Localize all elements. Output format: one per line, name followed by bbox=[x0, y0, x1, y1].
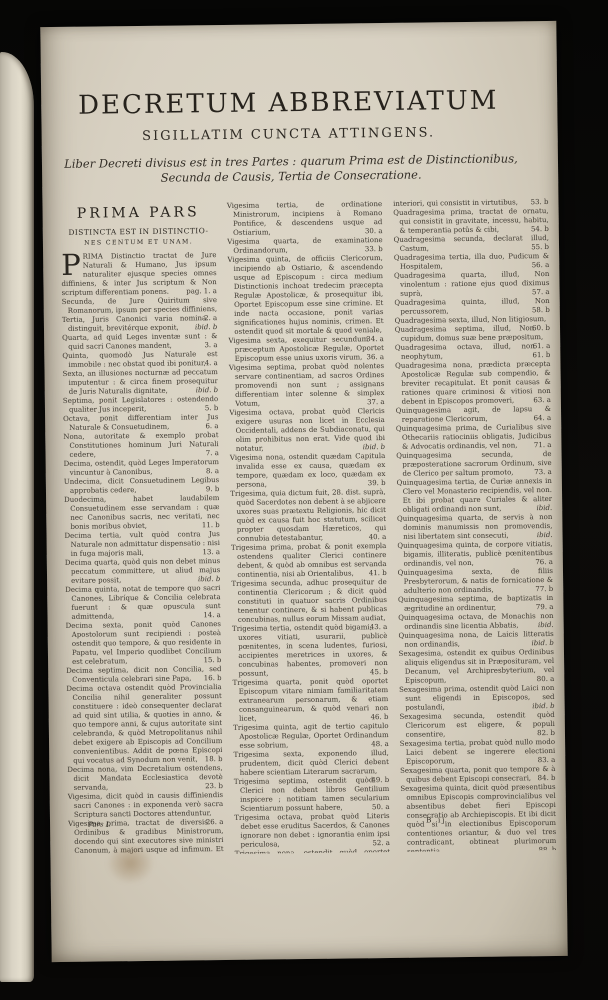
entry-page-ref: 4. a bbox=[207, 359, 218, 368]
entry-text: Vigesima quarta, de examinatione Ordinan… bbox=[227, 236, 382, 255]
entry-page-ref: 56. a bbox=[534, 261, 550, 270]
entry-text: Quadragesima secunda, declarat illud, Ca… bbox=[394, 234, 549, 253]
entry-page-ref: ibid. b bbox=[365, 443, 385, 452]
entry-page-ref: 88. b bbox=[540, 846, 556, 852]
entry-page-ref: 61. a bbox=[535, 342, 551, 351]
entry-page-ref: 71. a bbox=[536, 441, 552, 450]
entry-page-ref: 9. b bbox=[208, 485, 219, 494]
entry-page-ref: 8. a bbox=[208, 467, 219, 476]
entry-page-ref: 11. b bbox=[204, 521, 220, 530]
entry-text: Trigesima prima, probat & ponit exempla … bbox=[231, 542, 387, 579]
index-entry: Decima quarta, quòd quis non debet minus… bbox=[65, 557, 221, 586]
entry-text: Decima sexta, ponit quòd Canones Apostol… bbox=[66, 620, 222, 666]
page-stack-edge bbox=[0, 52, 34, 982]
index-entry: Quinquagesima sexta, de filiis Presbyter… bbox=[398, 567, 554, 596]
index-columns: PRIMA PARS DISTINCTA EST IN DISTINCTIO- … bbox=[60, 198, 556, 856]
entry-page-ref: 34. a bbox=[368, 335, 384, 344]
entry-page-ref: 14. a bbox=[205, 611, 221, 620]
entry-text: Quinquagesima quinta, de corpore vitiati… bbox=[397, 540, 553, 568]
entry-page-ref: 30. a bbox=[367, 227, 383, 236]
entry-text: Nona, autoritate & exemplo probat Consti… bbox=[63, 431, 219, 459]
index-entry: Trigesima, quia dictum fuit, 28. dist. s… bbox=[230, 488, 386, 544]
index-entry: Quarta, ad quid Leges inventæ sunt : & q… bbox=[62, 332, 218, 352]
entry-page-ref: 57. a bbox=[534, 288, 550, 297]
section-subheading-line1: DISTINCTA EST IN DISTINCTIO- bbox=[61, 226, 216, 237]
entry-text: Quinta, quomodò Jus Naturale est immobil… bbox=[62, 350, 217, 369]
entry-text: Vigesima tertia, de ordinatione Ministro… bbox=[227, 200, 383, 237]
entry-text: Quadragesima octava, illud, non neophytu… bbox=[395, 342, 535, 361]
index-entries-right: interiori, qui consistit in virtutibus, … bbox=[393, 198, 556, 852]
index-entry: Quadragesima octava, illud, non neophytu… bbox=[395, 342, 551, 362]
entry-text: Vigesima septima, probat quòd nolentes s… bbox=[229, 362, 385, 408]
index-entry: Octava, ponit differentiam inter Jus Nat… bbox=[63, 413, 219, 433]
entry-page-ref: ibid. b bbox=[198, 386, 218, 395]
entry-text: Sexagesima, ostendit ex quibus Ordinibus… bbox=[399, 648, 555, 685]
entry-text: Quinquagesima quarta, de servis à non do… bbox=[397, 513, 553, 541]
index-entry: Sexagesima, ostendit ex quibus Ordinibus… bbox=[399, 648, 555, 686]
index-column-left: PRIMA PARS DISTINCTA EST IN DISTINCTIO- … bbox=[60, 202, 223, 856]
entry-text: Quadragesima prima, tractat de ornatu, q… bbox=[393, 207, 549, 235]
index-entry: Quadragesima septima, illud, Non cupidum… bbox=[395, 324, 551, 344]
index-entry: Quinquagesima tertia, de Curiæ annexis i… bbox=[397, 477, 553, 515]
index-entry: Decima tertia, vult quòd contra Jus Natu… bbox=[64, 530, 220, 559]
index-entry: Quinquagesima quinta, de corpore vitiati… bbox=[397, 540, 553, 569]
entry-page-ref: 18. b bbox=[207, 755, 223, 764]
index-entry: Vigesima sexta, exequitur secundum præce… bbox=[228, 335, 384, 364]
entry-page-ref: ibid. bbox=[539, 531, 553, 540]
entry-text: Sexagesima quarta, ponit quo tempore & à… bbox=[400, 765, 555, 784]
entry-text: Trigesima tertia, ostendit quòd bigami, … bbox=[232, 623, 388, 678]
entry-page-ref: 16. b bbox=[206, 674, 222, 683]
index-entry: Quinquagesima agit, de lapsu & reparatio… bbox=[396, 405, 552, 425]
index-entry: Quinquagesima prima, de Curialibus sive … bbox=[396, 423, 552, 452]
index-entry: Quadragesima quarta, illud, Non vinolent… bbox=[394, 270, 550, 299]
index-entry: Duodecima, habet laudabilem Consuetudine… bbox=[64, 494, 220, 532]
entry-page-ref: 83. a bbox=[540, 756, 556, 765]
entry-page-ref: 79. a bbox=[538, 603, 554, 612]
entry-page-ref: ibid. b bbox=[533, 639, 553, 648]
index-entry: Trigesima secunda, adhuc prosequitur de … bbox=[231, 578, 387, 625]
entry-page-ref: ibid. b bbox=[200, 575, 220, 584]
index-entry: Sexagesima quinta, dicit quòd præsentibu… bbox=[400, 783, 556, 852]
entry-page-ref: 53. b bbox=[533, 198, 549, 207]
entry-text: Quinquagesima secunda, de præposteration… bbox=[396, 450, 552, 478]
entry-page-ref: 46. b bbox=[373, 713, 389, 722]
entry-page-ref: 3. a bbox=[206, 341, 217, 350]
entry-page-ref: ibid. bbox=[540, 621, 554, 630]
index-entry: Nona, autoritate & exemplo probat Consti… bbox=[63, 431, 219, 460]
index-entry: Septima, ponit Legislatores : ostendendo… bbox=[63, 395, 219, 415]
entry-text: Sexagesima tertia, probat quòd nullo mod… bbox=[400, 738, 556, 766]
entry-text: Quinquagesima prima, de Curialibus sive … bbox=[396, 423, 552, 451]
page-text-area: DECRETUM ABBREVIATUM SIGILLATIM CUNCTA A… bbox=[58, 21, 556, 856]
entry-text: Trigesima octava, probat quòd Literis de… bbox=[234, 812, 390, 849]
entry-text: Sexagesima quinta, dicit quòd præsentibu… bbox=[400, 783, 556, 852]
entry-page-ref: 36. a bbox=[368, 353, 384, 362]
entry-text: Quarta, ad quid Leges inventæ sunt : & q… bbox=[62, 332, 217, 351]
index-entry: Quinquagesima nona, de Laicis litteratis… bbox=[398, 630, 554, 650]
index-entry: Secunda, de Jure Quiritum sive Romanorum… bbox=[62, 296, 218, 316]
index-entry: Vigesima octava, probat quòd Clericis ex… bbox=[229, 407, 385, 454]
entry-text: Octava, ponit differentiam inter Jus Nat… bbox=[63, 413, 218, 432]
entry-page-ref: pag. 1. a bbox=[182, 287, 217, 296]
entry-text: Quinquagesima octava, de Monachis non or… bbox=[398, 612, 553, 631]
index-entry: Quinquagesima secunda, de præposteration… bbox=[396, 450, 552, 479]
entry-page-ref: 61. b bbox=[534, 351, 550, 360]
entry-page-ref: 63. a bbox=[535, 396, 551, 405]
index-entries-left: PRIMA Distinctio tractat de Jure Natural… bbox=[61, 251, 224, 856]
entry-text: Undecima, dicit Consuetudinem Legibus ap… bbox=[64, 476, 219, 495]
entry-text: Trigesima, quia dictum fuit, 28. dist. s… bbox=[230, 488, 386, 543]
index-entry: Vigesima tertia, de ordinatione Ministro… bbox=[227, 200, 383, 238]
entry-text: Decima quarta, quòd quis non debet minus… bbox=[65, 557, 221, 585]
entry-text: Decima septima, dicit non Concilia, sed … bbox=[66, 665, 221, 684]
index-entry: Sexagesima secunda, ostendit quòd Cleric… bbox=[399, 711, 555, 740]
index-entry: Undecima, dicit Consuetudinem Legibus ap… bbox=[64, 476, 220, 496]
entry-text: Septima, ponit Legislatores : ostendendo… bbox=[63, 395, 218, 414]
index-entry: Quadragesima prima, tractat de ornatu, q… bbox=[393, 207, 549, 236]
entry-page-ref: 50. a bbox=[374, 803, 390, 812]
entry-text: Quinquagesima septima, de baptizatis in … bbox=[398, 594, 553, 613]
entry-page-ref: 13. a bbox=[204, 548, 220, 557]
index-entry: Decima nona, vim Decretalium ostendens, … bbox=[67, 764, 223, 793]
catchword-pars: Pars I. bbox=[88, 820, 111, 828]
entry-page-ref: 26. a bbox=[208, 818, 224, 827]
index-entry: Quadragesima quinta, illud, Non percusso… bbox=[394, 297, 550, 317]
entry-text: Decima octava ostendit quòd Provincialia… bbox=[66, 683, 222, 765]
index-entry: Trigesima sexta, exponendo illud, pruden… bbox=[233, 749, 389, 778]
index-entry: Decima, ostendit, quòd Leges Imperatorum… bbox=[64, 458, 220, 478]
index-entry: Trigesima octava, probat quòd Literis de… bbox=[234, 812, 390, 850]
book-photo: DECRETUM ABBREVIATUM SIGILLATIM CUNCTA A… bbox=[0, 0, 608, 1000]
entry-page-ref: 64. a bbox=[536, 414, 552, 423]
index-entry: Sexagesima tertia, probat quòd nullo mod… bbox=[400, 738, 556, 767]
index-entry: Vigesima septima, probat quòd nolentes s… bbox=[229, 362, 385, 409]
index-entry: Trigesima quarta, ponit quòd oportet Epi… bbox=[233, 677, 389, 724]
entry-page-ref: 6. a bbox=[207, 422, 218, 431]
entry-page-ref: 40. a bbox=[371, 533, 387, 542]
entry-text: Tertia, Juris Canonici varia nomina dist… bbox=[62, 314, 206, 333]
entry-text: Decima tertia, vult quòd contra Jus Natu… bbox=[64, 530, 220, 558]
entry-page-ref: 41. b bbox=[371, 569, 387, 578]
index-column-middle: Vigesima tertia, de ordinatione Ministro… bbox=[227, 200, 390, 854]
entry-text: Trigesima sexta, exponendo illud, pruden… bbox=[233, 749, 389, 777]
entry-page-ref: ibid. bbox=[538, 504, 552, 513]
index-entry: Quadragesima secunda, declarat illud, Ca… bbox=[394, 234, 550, 254]
entry-page-ref: 82. b bbox=[539, 729, 555, 738]
book-subtitle: SIGILLATIM CUNCTA ATTINGENS. bbox=[60, 124, 518, 145]
entry-text: Quinquagesima tertia, de Curiæ annexis i… bbox=[397, 477, 553, 514]
entry-page-ref: ibid. b bbox=[197, 323, 217, 332]
entry-page-ref: 37. a bbox=[369, 398, 385, 407]
entry-text: Decima quinta, notat de tempore quo sacr… bbox=[65, 584, 221, 621]
entry-text: Vigesima quinta, de officiis Clericorum,… bbox=[227, 254, 383, 336]
entry-text: Vigesima sexta, exequitur secundum præce… bbox=[228, 335, 384, 363]
entry-text: Vigesima, dicit quòd in causis diffinien… bbox=[68, 791, 224, 819]
entry-page-ref: 23. b bbox=[207, 782, 223, 791]
entry-page-ref: 7. a bbox=[208, 449, 219, 458]
entry-page-ref: 73. a bbox=[536, 468, 552, 477]
index-entry: Trigesima quinta, agit de tertio capitul… bbox=[233, 722, 389, 751]
entry-text: Quadragesima quinta, illud, Non percusso… bbox=[394, 297, 549, 316]
index-entry: Vigesima quinta, de officiis Clericorum,… bbox=[227, 254, 383, 337]
entry-page-ref: 2. a bbox=[206, 314, 217, 323]
index-entry: Trigesima septima, ostendit quòd Clerici… bbox=[234, 776, 390, 814]
entry-page-ref: 49. b bbox=[373, 776, 389, 785]
index-entry: Quinquagesima octava, de Monachis non or… bbox=[398, 612, 554, 632]
entry-text: Vigesima octava, probat quòd Clericis ex… bbox=[229, 407, 385, 453]
index-entry: Sexagesima prima, ostendit quòd Laici no… bbox=[399, 684, 555, 713]
index-entry: Trigesima tertia, ostendit quòd bigami, … bbox=[232, 623, 388, 679]
index-entry: Quadragesima nona, prædicta præcepta Apo… bbox=[395, 360, 551, 407]
index-entry: Sexagesima quarta, ponit quo tempore & à… bbox=[400, 765, 556, 785]
gathering-signature: B ij bbox=[426, 815, 447, 824]
index-entry: PRIMA Distinctio tractat de Jure Natural… bbox=[61, 251, 217, 298]
book-page: DECRETUM ABBREVIATUM SIGILLATIM CUNCTA A… bbox=[40, 21, 567, 962]
index-entry: Quadragesima tertia, illa duo, Pudicum &… bbox=[394, 252, 550, 272]
entry-text: Sexagesima secunda, ostendit quòd Cleric… bbox=[399, 711, 555, 739]
entry-text: Quinquagesima nona, de Laicis litteratis… bbox=[398, 630, 553, 649]
index-entry: Sexta, an illusiones nocturnæ ad peccatu… bbox=[62, 368, 218, 397]
entry-text: Duodecima, habet laudabilem Consuetudine… bbox=[64, 494, 220, 531]
entry-text: Quinquagesima agit, de lapsu & reparatio… bbox=[396, 405, 551, 424]
entry-page-ref: ibid. b bbox=[534, 702, 554, 711]
entry-text: Vigesima nona, ostendit quædam Capitula … bbox=[230, 452, 386, 489]
entry-page-ref: 76. a bbox=[537, 558, 553, 567]
entry-text: Quinquagesima sexta, de filiis Presbyter… bbox=[398, 567, 554, 595]
entry-page-ref: 5. b bbox=[207, 404, 218, 413]
index-entry: Vigesima, dicit quòd in causis diffinien… bbox=[68, 791, 224, 820]
entry-page-ref: 15. b bbox=[205, 656, 221, 665]
entry-page-ref: 55. b bbox=[533, 243, 549, 252]
index-entry: Trigesima nona, ostendit quòd oportet Ep… bbox=[235, 848, 390, 854]
entry-text: Quadragesima quarta, illud, Non vinolent… bbox=[394, 270, 550, 298]
index-entry: Quinquagesima septima, de baptizatis in … bbox=[398, 594, 554, 614]
index-entry: Tertia, Juris Canonici varia nomina dist… bbox=[62, 314, 218, 334]
entry-page-ref: 45. b bbox=[372, 668, 388, 677]
index-entry: Decima octava ostendit quòd Provincialia… bbox=[66, 683, 222, 766]
entry-page-ref: 60. b bbox=[534, 324, 550, 333]
entry-text: Decima, ostendit, quòd Leges Imperatorum… bbox=[64, 458, 219, 477]
entry-text: Quadragesima nona, prædicta præcepta Apo… bbox=[395, 360, 551, 406]
entry-page-ref: 33. b bbox=[367, 245, 383, 254]
index-entry: Decima sexta, ponit quòd Canones Apostol… bbox=[66, 620, 222, 667]
entry-text: Trigesima secunda, adhuc prosequitur de … bbox=[231, 578, 387, 624]
index-entry: Decima septima, dicit non Concilia, sed … bbox=[66, 665, 222, 685]
index-entry: Quinta, quomodò Jus Naturale est immobil… bbox=[62, 350, 218, 370]
entry-text: Trigesima quinta, agit de tertio capitul… bbox=[233, 722, 389, 750]
entry-page-ref: 48. a bbox=[373, 740, 389, 749]
index-entry: Trigesima prima, probat & ponit exempla … bbox=[231, 542, 387, 580]
entry-text: Sexagesima prima, ostendit quòd Laici no… bbox=[399, 684, 555, 712]
entry-page-ref: 39. b bbox=[370, 479, 386, 488]
drop-cap: P bbox=[61, 253, 83, 278]
index-column-right: interiori, qui consistit in virtutibus, … bbox=[393, 198, 556, 852]
entry-page-ref: 80. a bbox=[539, 675, 555, 684]
entry-page-ref: 84. b bbox=[540, 774, 556, 783]
paper-stain bbox=[106, 842, 155, 885]
entry-text: Secunda, de Jure Quiritum sive Romanorum… bbox=[62, 296, 218, 315]
section-heading: PRIMA PARS bbox=[60, 204, 216, 222]
entry-page-ref: 58. b bbox=[534, 306, 550, 315]
entry-text: Quadragesima septima, illud, Non cupidum… bbox=[395, 324, 544, 343]
index-entries-middle: Vigesima tertia, de ordinatione Ministro… bbox=[227, 200, 390, 854]
entry-page-ref: 43. a bbox=[372, 623, 388, 632]
index-entry: Decima quinta, notat de tempore quo sacr… bbox=[65, 584, 221, 622]
entry-text: Decima nona, vim Decretalium ostendens, … bbox=[67, 764, 223, 792]
entry-page-ref: 77. b bbox=[537, 585, 553, 594]
book-title: DECRETUM ABBREVIATUM bbox=[59, 85, 517, 121]
entry-page-ref: 52. a bbox=[374, 839, 390, 848]
index-entry: Vigesima nona, ostendit quædam Capitula … bbox=[230, 452, 386, 490]
entry-text: Trigesima septima, ostendit quòd Clerici… bbox=[234, 776, 390, 813]
index-entry: Quinquagesima quarta, de servis à non do… bbox=[397, 513, 553, 542]
section-subheading-line2: NES CENTUM ET UNAM. bbox=[61, 238, 216, 247]
entry-text: interiori, qui consistit in virtutibus, bbox=[393, 198, 518, 208]
entry-text: Quadragesima tertia, illa duo, Pudicum &… bbox=[394, 252, 549, 271]
entry-text: Trigesima nona, ostendit quòd oportet Ep… bbox=[235, 848, 390, 854]
index-entry: Vigesima quarta, de examinatione Ordinan… bbox=[227, 236, 383, 256]
entry-text: Trigesima quarta, ponit quòd oportet Epi… bbox=[233, 677, 389, 723]
entry-page-ref: 54. b bbox=[533, 225, 549, 234]
entry-text: Sexta, an illusiones nocturnæ ad peccatu… bbox=[62, 368, 218, 396]
